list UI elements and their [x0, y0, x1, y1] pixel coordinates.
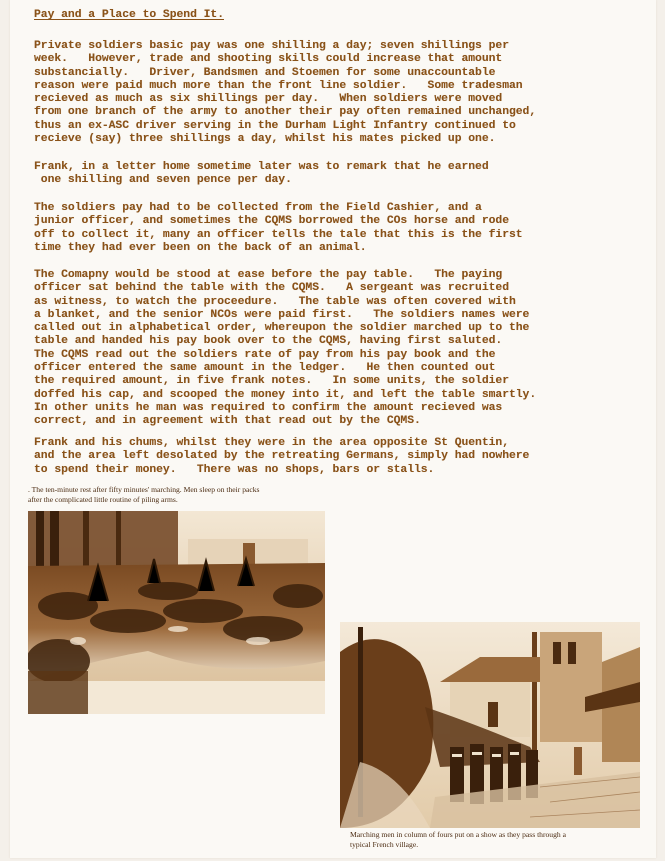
- figure-caption-rest: . The ten-minute rest after fifty minute…: [28, 485, 260, 504]
- paragraph-pay-parade: The Comapny would be stood at ease befor…: [34, 269, 634, 429]
- photo-soldiers-resting: [28, 511, 325, 714]
- figure-caption-marching: Marching men in column of fours put on a…: [350, 830, 566, 849]
- document-title: Pay and a Place to Spend It.: [34, 9, 634, 22]
- paragraph-basic-pay: Private soldiers basic pay was one shill…: [34, 40, 634, 146]
- paragraph-field-cashier: The soldiers pay had to be collected fro…: [34, 202, 634, 255]
- paragraph-frank-letter: Frank, in a letter home sometime later w…: [34, 161, 634, 188]
- paragraph-nowhere-to-spend: Frank and his chums, whilst they were in…: [34, 437, 634, 477]
- photo-soldiers-marching: [340, 622, 640, 828]
